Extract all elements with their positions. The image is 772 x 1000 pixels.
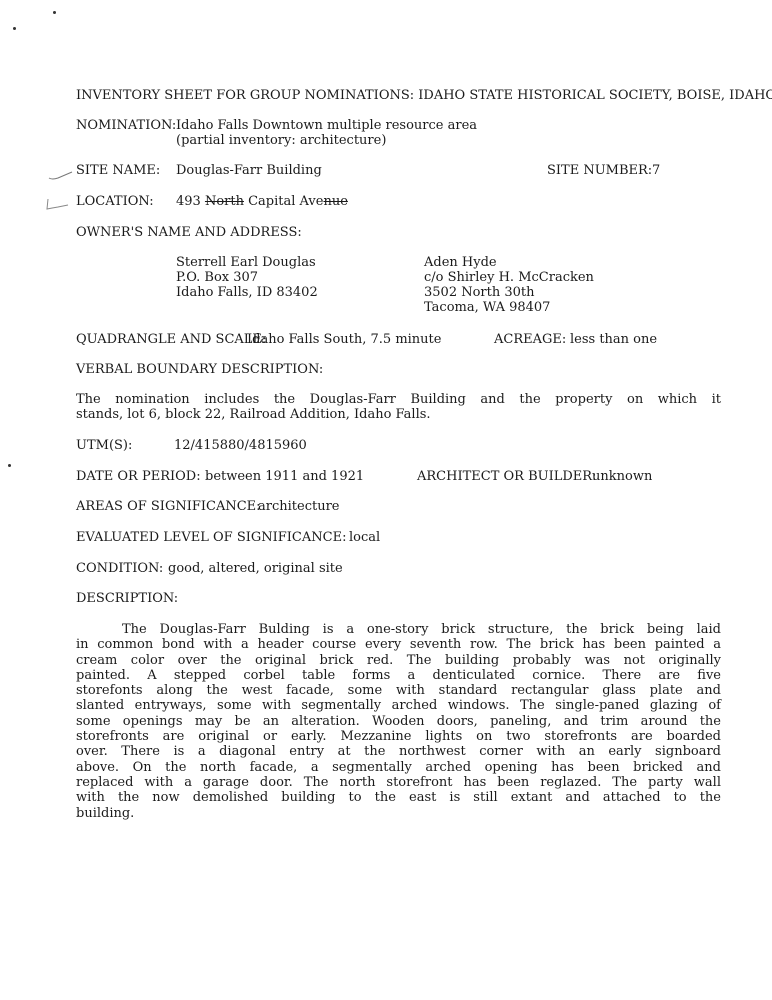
description-line: The Douglas-Farr Bulding is a one-story … (76, 622, 721, 637)
description-body: The Douglas-Farr Bulding is a one-story … (76, 622, 721, 821)
description-line: some openings may be an alteration. Wood… (76, 714, 721, 729)
condition-value: good, altered, original site (168, 561, 343, 577)
scan-speck (53, 11, 56, 14)
date-label: DATE OR PERIOD: (76, 469, 201, 485)
areas-value: architecture (258, 499, 339, 515)
description-line: in common bond with a header course ever… (76, 637, 721, 652)
quadrangle-label: QUADRANGLE AND SCALE: (76, 332, 266, 348)
areas-label: AREAS OF SIGNIFICANCE: (76, 499, 261, 515)
scan-speck (13, 27, 16, 30)
owner1-line2: P.O. Box 307 (176, 270, 258, 286)
acreage-label: ACREAGE: (494, 332, 566, 348)
quadrangle-value: Idaho Falls South, 7.5 minute (247, 332, 441, 348)
owner2-line3: 3502 North 30th (424, 285, 535, 301)
date-value: between 1911 and 1921 (205, 469, 364, 485)
owner2-line1: Aden Hyde (424, 255, 497, 271)
level-label: EVALUATED LEVEL OF SIGNIFICANCE: (76, 530, 346, 546)
owners-label: OWNER'S NAME AND ADDRESS: (76, 225, 302, 241)
location-struck-suffix: nue (323, 194, 347, 209)
owner1-line3: Idaho Falls, ID 83402 (176, 285, 318, 301)
scan-speck (8, 464, 11, 467)
acreage-value: less than one (570, 332, 657, 348)
location-prefix: 493 (176, 194, 205, 209)
description-line: storefonts along the west facade, some w… (76, 683, 721, 698)
owner2-line4: Tacoma, WA 98407 (424, 300, 550, 316)
site-number-value: 7 (652, 163, 660, 179)
level-value: local (349, 530, 380, 546)
owner1-line1: Sterrell Earl Douglas (176, 255, 316, 271)
description-line: with the now demolished building to the … (76, 790, 721, 805)
nomination-value-line1: Idaho Falls Downtown multiple resource a… (176, 118, 477, 134)
architect-label: ARCHITECT OR BUILDER: (417, 469, 596, 485)
location-label: LOCATION: (76, 194, 154, 210)
description-line: above. On the north facade, a segmentall… (76, 760, 721, 775)
description-label: DESCRIPTION: (76, 591, 178, 607)
pencil-check-mark-icon (42, 195, 72, 215)
description-line: storefronts are original or early. Mezza… (76, 729, 721, 744)
boundary-line: The nomination includes the Douglas-Farr… (76, 392, 721, 407)
nomination-value-line2: (partial inventory: architecture) (176, 133, 386, 149)
boundary-line: stands, lot 6, block 22, Railroad Additi… (76, 407, 721, 422)
location-middle: Capital Ave (244, 194, 323, 209)
description-line: over. There is a diagonal entry at the n… (76, 744, 721, 759)
description-line: cream color over the original brick red.… (76, 653, 721, 668)
location-struck-north: North (205, 194, 244, 209)
description-line: building. (76, 806, 721, 821)
owner2-line2: c/o Shirley H. McCracken (424, 270, 594, 286)
document-header: INVENTORY SHEET FOR GROUP NOMINATIONS: I… (76, 88, 772, 104)
utm-value: 12/415880/4815960 (174, 438, 307, 454)
condition-label: CONDITION: (76, 561, 163, 577)
location-value: 493 North Capital Avenue (176, 194, 348, 210)
site-name-label: SITE NAME: (76, 163, 160, 179)
description-line: replaced with a garage door. The north s… (76, 775, 721, 790)
boundary-description: The nomination includes the Douglas-Farr… (76, 392, 721, 423)
architect-value: unknown (592, 469, 652, 485)
utm-label: UTM(S): (76, 438, 132, 454)
site-number-label: SITE NUMBER: (547, 163, 652, 179)
site-name-value: Douglas-Farr Building (176, 163, 322, 179)
description-line: painted. A stepped corbel table forms a … (76, 668, 721, 683)
boundary-label: VERBAL BOUNDARY DESCRIPTION: (76, 362, 323, 378)
nomination-label: NOMINATION: (76, 118, 176, 134)
description-line: slanted entryways, some with segmentally… (76, 698, 721, 713)
pencil-check-mark-icon (44, 166, 74, 182)
